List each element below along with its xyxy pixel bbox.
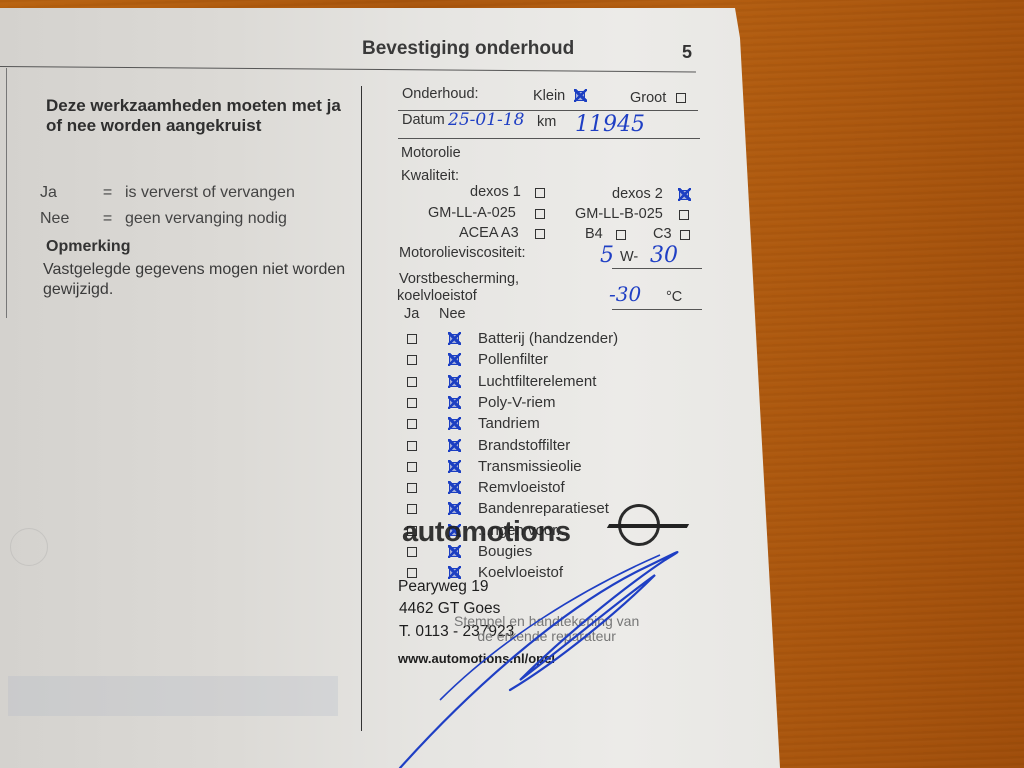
- km-label: km: [537, 114, 556, 130]
- checklist-no-checkbox[interactable]: [449, 441, 459, 451]
- legend-equals: =: [90, 210, 125, 228]
- checklist-yes-checkbox[interactable]: [407, 504, 417, 514]
- checklist-no-checkbox[interactable]: [449, 398, 459, 408]
- maintenance-large-checkbox[interactable]: [676, 93, 686, 103]
- frost-label-line2: koelvloeistof: [397, 288, 477, 304]
- frost-label-line1: Vorstbescherming,: [399, 271, 519, 287]
- checklist-no-checkbox[interactable]: [449, 504, 459, 514]
- quality-dexos1-label: dexos 1: [470, 184, 521, 200]
- quality-c3-checkbox[interactable]: [680, 230, 690, 240]
- quality-acea-a3-label: ACEA A3: [459, 225, 519, 241]
- maintenance-small-label: Klein: [533, 88, 565, 104]
- quality-label: Kwaliteit:: [401, 168, 459, 184]
- quality-b4-checkbox[interactable]: [616, 230, 626, 240]
- quality-dexos2-label: dexos 2: [612, 186, 663, 202]
- date-value[interactable]: 25-01-18: [448, 110, 524, 130]
- checklist-yes-checkbox[interactable]: [407, 355, 417, 365]
- stamp-brand-name: automotions: [402, 516, 571, 549]
- checklist-no-checkbox[interactable]: [449, 419, 459, 429]
- quality-dexos1-checkbox[interactable]: [535, 188, 545, 198]
- quality-gm-ll-b-025-checkbox[interactable]: [679, 210, 689, 220]
- column-no-header: Nee: [439, 306, 466, 322]
- checklist-item-label: Batterij (handzender): [478, 330, 618, 347]
- checklist-item-label: Pollenfilter: [478, 351, 548, 368]
- km-value[interactable]: 11945: [575, 112, 645, 137]
- stamp-website[interactable]: www.automotions.nl/opel: [398, 651, 555, 666]
- checklist-yes-checkbox[interactable]: [407, 398, 417, 408]
- legend-row-yes: Ja = is ververst of vervangen: [40, 180, 295, 206]
- viscosity-printed: W-: [620, 249, 638, 265]
- quality-acea-a3-checkbox[interactable]: [535, 229, 545, 239]
- checklist-yes-checkbox[interactable]: [407, 441, 417, 451]
- checklist-no-checkbox[interactable]: [449, 462, 459, 472]
- quality-gm-ll-b-025-label: GM-LL-B-025: [575, 206, 663, 222]
- legend-equals: =: [90, 184, 125, 202]
- checklist-yes-checkbox[interactable]: [407, 483, 417, 493]
- page-number: 5: [682, 42, 692, 63]
- quality-gm-ll-a-025-checkbox[interactable]: [535, 209, 545, 219]
- legend: Ja = is ververst of vervangen Nee = geen…: [40, 180, 295, 232]
- legend-key: Nee: [40, 210, 90, 228]
- checklist-item-label: Brandstoffilter: [478, 437, 570, 454]
- quality-gm-ll-a-025-label: GM-LL-A-025: [428, 205, 516, 221]
- maintenance-type-label: Onderhoud:: [402, 86, 479, 102]
- signature-caption-line2: de erkende reparateur: [454, 629, 639, 644]
- row-divider: [398, 110, 698, 111]
- faint-stamp-shadow: [10, 528, 48, 566]
- stamp-street: Pearyweg 19: [398, 578, 488, 596]
- opel-bolt-icon: [607, 524, 689, 528]
- column-yes-header: Ja: [404, 306, 419, 322]
- viscosity-suffix[interactable]: 30: [650, 243, 678, 268]
- booklet-page: Bevestiging onderhoud 5 Deze werkzaamhed…: [0, 8, 780, 768]
- checklist-item-label: Transmissieolie: [478, 458, 582, 475]
- checklist-no-checkbox[interactable]: [449, 377, 459, 387]
- checklist-yes-checkbox[interactable]: [407, 462, 417, 472]
- frost-value[interactable]: -30: [609, 282, 641, 306]
- frost-underline: [612, 309, 702, 310]
- column-divider: [361, 86, 362, 731]
- header-divider: [0, 66, 696, 72]
- signature-caption: Stempel en handtekening van de erkende r…: [454, 614, 639, 644]
- page-title: Bevestiging onderhoud: [362, 38, 574, 60]
- signature-caption-line1: Stempel en handtekening van: [454, 614, 639, 629]
- left-margin-line: [6, 68, 7, 318]
- quality-c3-label: C3: [653, 226, 672, 242]
- checklist-yes-checkbox[interactable]: [407, 568, 417, 578]
- checklist-item-label: Bandenreparatieset: [478, 500, 609, 517]
- legend-meaning: is ververst of vervangen: [125, 184, 295, 202]
- quality-dexos2-checkbox[interactable]: [679, 190, 689, 200]
- date-label: Datum: [402, 112, 445, 128]
- legend-row-no: Nee = geen vervanging nodig: [40, 206, 295, 232]
- checklist-yes-checkbox[interactable]: [407, 334, 417, 344]
- checklist-item-label: Poly-V-riem: [478, 394, 556, 411]
- maintenance-small-checkbox[interactable]: [575, 91, 585, 101]
- faint-print-band: [8, 676, 338, 716]
- engine-oil-label: Motorolie: [401, 145, 461, 161]
- viscosity-underline: [612, 268, 702, 269]
- checklist-no-checkbox[interactable]: [449, 568, 459, 578]
- quality-b4-label: B4: [585, 226, 603, 242]
- viscosity-prefix[interactable]: 5: [600, 243, 614, 268]
- checklist-yes-checkbox[interactable]: [407, 377, 417, 387]
- row-divider: [398, 138, 700, 139]
- maintenance-large-label: Groot: [630, 90, 666, 106]
- checklist-no-checkbox[interactable]: [449, 334, 459, 344]
- checklist-yes-checkbox[interactable]: [407, 419, 417, 429]
- frost-unit: °C: [666, 289, 682, 305]
- viscosity-label: Motorolieviscositeit:: [399, 245, 526, 261]
- checklist-item-label: Remvloeistof: [478, 479, 565, 496]
- checklist-item-label: Tandriem: [478, 415, 540, 432]
- legend-key: Ja: [40, 184, 90, 202]
- remark-heading: Opmerking: [46, 238, 130, 256]
- instructions-heading: Deze werkzaamheden moeten met ja of nee …: [46, 96, 356, 136]
- remark-text: Vastgelegde gegevens mogen niet worden g…: [43, 260, 363, 300]
- checklist-item-label: Luchtfilterelement: [478, 373, 596, 390]
- checklist-no-checkbox[interactable]: [449, 483, 459, 493]
- checklist-item-label: Koelvloeistof: [478, 564, 563, 581]
- checklist-no-checkbox[interactable]: [449, 355, 459, 365]
- legend-meaning: geen vervanging nodig: [125, 210, 287, 228]
